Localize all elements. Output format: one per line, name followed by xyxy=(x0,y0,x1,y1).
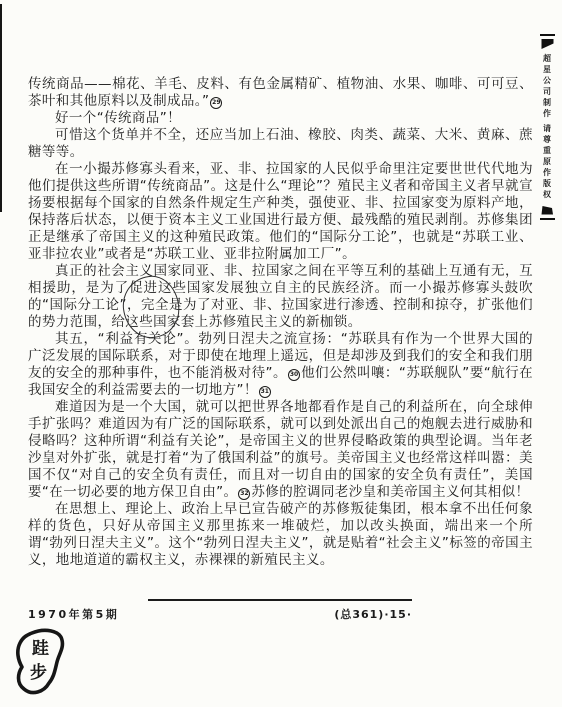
paragraph: 真正的社会主义国家同亚、非、拉国家之间在平等互利的基础上互通有无，互相援助，是为… xyxy=(28,263,533,331)
paragraph: 好一个“传统商品”！ xyxy=(28,110,533,127)
footnote-ref-30: 30 xyxy=(288,369,300,381)
seal-char-1: 跬 xyxy=(32,638,49,659)
footer-rule xyxy=(148,599,412,601)
paragraph: 在思想上、理论上、政治上早已宣告破产的苏修叛徒集团，根本拿不出任何象样的货色，只… xyxy=(28,501,533,569)
paragraph-text: 传统商品——棉花、羊毛、皮料、有色金属精矿、植物油、水果、咖啡、可可豆、茶叶和其… xyxy=(28,76,533,109)
paragraph: 可惜这个货单并不全，还应当加上石油、橡胶、肉类、蔬菜、大米、黄麻、蔗糖等等。 xyxy=(28,127,533,161)
paragraph-text: 苏修的腔调同老沙皇和美帝国主义何其相似！ xyxy=(251,484,529,500)
flag-logo-icon xyxy=(541,38,554,50)
watermark-top-rule xyxy=(540,34,555,36)
article-body: 传统商品——棉花、羊毛、皮料、有色金属精矿、植物油、水果、咖啡、可可豆、茶叶和其… xyxy=(28,76,533,569)
paragraph: 其五，“利益有关论”。勃列日涅夫之流宣扬：“苏联具有作为一个世界大国的广泛发展的… xyxy=(28,331,533,399)
book-logo-icon xyxy=(541,205,554,216)
footnote-ref-29: 29 xyxy=(210,97,222,109)
seal-char-2: 步 xyxy=(30,662,47,683)
footnote-ref-32: 32 xyxy=(238,488,250,500)
paragraph-text: 好一个“传统商品”！ xyxy=(55,110,181,126)
paragraph-text: 在一小撮苏修寡头看来，亚、非、拉国家的人民似乎命里注定要世世代代地为他们提供这些… xyxy=(28,161,533,262)
scanned-journal-page: 传统商品——棉花、羊毛、皮料、有色金属精矿、植物油、水果、咖啡、可可豆、茶叶和其… xyxy=(0,0,562,707)
paragraph-text: 可惜这个货单并不全，还应当加上石油、橡胶、肉类、蔬菜、大米、黄麻、蔗糖等等。 xyxy=(28,127,533,160)
paragraph-continuation: 传统商品——棉花、羊毛、皮料、有色金属精矿、植物油、水果、咖啡、可可豆、茶叶和其… xyxy=(28,76,533,110)
watermark-text-line1: 超星公司制作 xyxy=(542,54,553,120)
paragraph: 难道因为是一个大国，就可以把世界各地都看作是自己的利益所在，向全球伸手扩张吗？难… xyxy=(28,399,533,501)
footer-page-number: (总361)·15· xyxy=(310,606,412,622)
watermark-bottom-rule xyxy=(540,218,555,220)
scan-edge-artifact xyxy=(0,4,2,212)
paragraph-text: 在思想上、理论上、政治上早已宣告破产的苏修叛徒集团，根本拿不出任何象样的货色，只… xyxy=(28,501,533,568)
paragraph-text: 真正的社会主义国家同亚、非、拉国家之间在平等互利的基础上互通有无，互相援助，是为… xyxy=(28,263,533,330)
footnote-ref-31: 31 xyxy=(259,386,271,398)
watermark-text-line2: 请尊重原作版权 xyxy=(542,124,553,201)
watermark-sidebar: 超星公司制作 请尊重原作版权 xyxy=(535,34,559,220)
footer-issue-label: 1970年第5期 xyxy=(28,606,119,622)
collector-seal: 跬 步 xyxy=(8,624,80,702)
paragraph: 在一小撮苏修寡头看来，亚、非、拉国家的人民似乎命里注定要世世代代地为他们提供这些… xyxy=(28,161,533,263)
